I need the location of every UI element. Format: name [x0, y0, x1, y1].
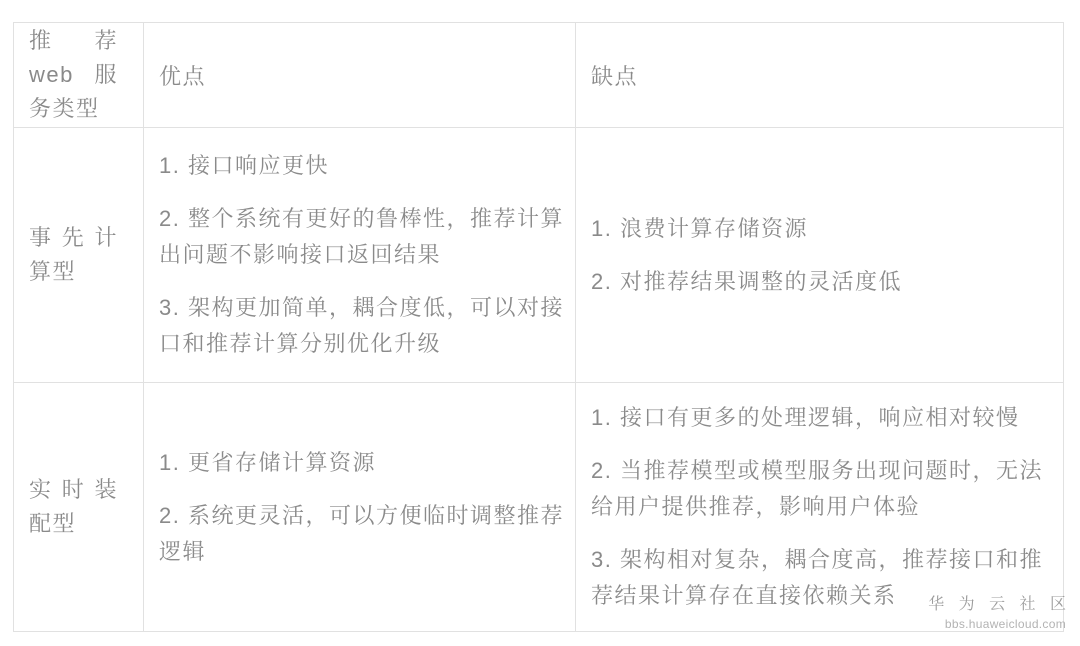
header-pros: 优点 — [144, 23, 576, 128]
watermark: 华 为 云 社 区 bbs.huaweicloud.com — [928, 597, 1066, 630]
list-item: 1. 接口响应更快 — [159, 148, 567, 184]
comparison-table: 推荐web服务类型 优点 缺点 事先计算型 1. 接口响应更快 2. 整个系统有… — [13, 22, 1064, 632]
list-item: 1. 更省存储计算资源 — [159, 445, 567, 481]
table-row-realtime: 实时装配型 1. 更省存储计算资源 2. 系统更灵活，可以方便临时调整推荐逻辑 … — [14, 383, 1064, 632]
table-header-row: 推荐web服务类型 优点 缺点 — [14, 23, 1064, 128]
watermark-url: bbs.huaweicloud.com — [928, 618, 1066, 630]
realtime-pros-cell: 1. 更省存储计算资源 2. 系统更灵活，可以方便临时调整推荐逻辑 — [144, 383, 576, 632]
row-type-realtime: 实时装配型 — [14, 383, 144, 632]
list-item: 1. 浪费计算存储资源 — [591, 211, 1053, 247]
list-item: 3. 架构更加简单，耦合度低，可以对接口和推荐计算分别优化升级 — [159, 290, 567, 362]
precomputed-pros-cell: 1. 接口响应更快 2. 整个系统有更好的鲁棒性，推荐计算出问题不影响接口返回结… — [144, 128, 576, 383]
list-item: 2. 对推荐结果调整的灵活度低 — [591, 264, 1053, 300]
table-row-precomputed: 事先计算型 1. 接口响应更快 2. 整个系统有更好的鲁棒性，推荐计算出问题不影… — [14, 128, 1064, 383]
list-item: 1. 接口有更多的处理逻辑，响应相对较慢 — [591, 400, 1053, 436]
realtime-cons-cell: 1. 接口有更多的处理逻辑，响应相对较慢 2. 当推荐模型或模型服务出现问题时，… — [576, 383, 1064, 632]
list-item: 2. 系统更灵活，可以方便临时调整推荐逻辑 — [159, 498, 567, 570]
header-service-type: 推荐web服务类型 — [14, 23, 144, 128]
watermark-community-name: 华 为 云 社 区 — [928, 597, 1071, 613]
list-item: 2. 整个系统有更好的鲁棒性，推荐计算出问题不影响接口返回结果 — [159, 201, 567, 273]
list-item: 2. 当推荐模型或模型服务出现问题时，无法给用户提供推荐，影响用户体验 — [591, 453, 1053, 525]
precomputed-cons-cell: 1. 浪费计算存储资源 2. 对推荐结果调整的灵活度低 — [576, 128, 1064, 383]
row-type-precomputed: 事先计算型 — [14, 128, 144, 383]
header-cons: 缺点 — [576, 23, 1064, 128]
page: 推荐web服务类型 优点 缺点 事先计算型 1. 接口响应更快 2. 整个系统有… — [0, 0, 1080, 646]
